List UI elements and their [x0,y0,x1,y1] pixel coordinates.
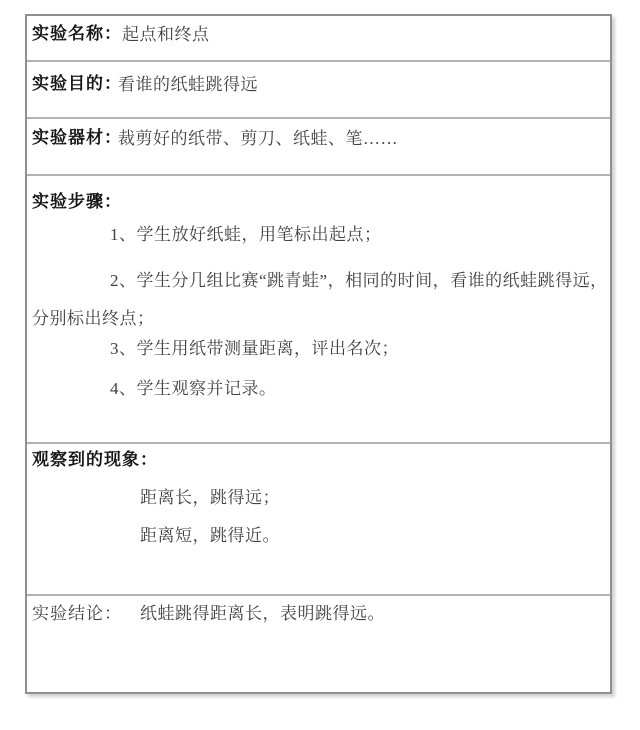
conclusion-label: 实验结论： [32,604,122,624]
step-line-4: 4、学生观察并记录。 [110,379,277,399]
step-line-2-continued: 分别标出终点； [32,309,155,329]
step-line-3: 3、学生用纸带测量距离，评出名次； [110,339,399,359]
experiment-materials-label: 实验器材： [32,128,122,148]
row-divider [27,60,610,62]
experiment-purpose-value: 看谁的纸蛙跳得远 [118,75,258,95]
row-divider [27,442,610,444]
observation-line-2: 距离短，跳得近。 [140,526,280,546]
observation-label: 观察到的现象： [32,450,158,470]
experiment-name-value: 起点和终点 [122,25,210,45]
experiment-record-page: 实验名称： 起点和终点 实验目的： 看谁的纸蛙跳得远 实验器材： 裁剪好的纸带、… [0,0,640,730]
row-divider [27,594,610,596]
experiment-materials-value: 裁剪好的纸带、剪刀、纸蛙、笔…… [118,129,398,149]
experiment-steps-label: 实验步骤： [32,192,122,212]
experiment-name-label: 实验名称： [32,24,122,44]
observation-line-1: 距离长，跳得远； [140,488,280,508]
step-line-2: 2、学生分几组比赛“跳青蛙”，相同的时间，看谁的纸蛙跳得远， [110,271,608,291]
row-divider [27,117,610,119]
step-line-1: 1、学生放好纸蛙，用笔标出起点； [110,225,382,245]
conclusion-value: 纸蛙跳得距离长，表明跳得远。 [140,604,385,624]
experiment-purpose-label: 实验目的： [32,74,122,94]
row-divider [27,174,610,176]
